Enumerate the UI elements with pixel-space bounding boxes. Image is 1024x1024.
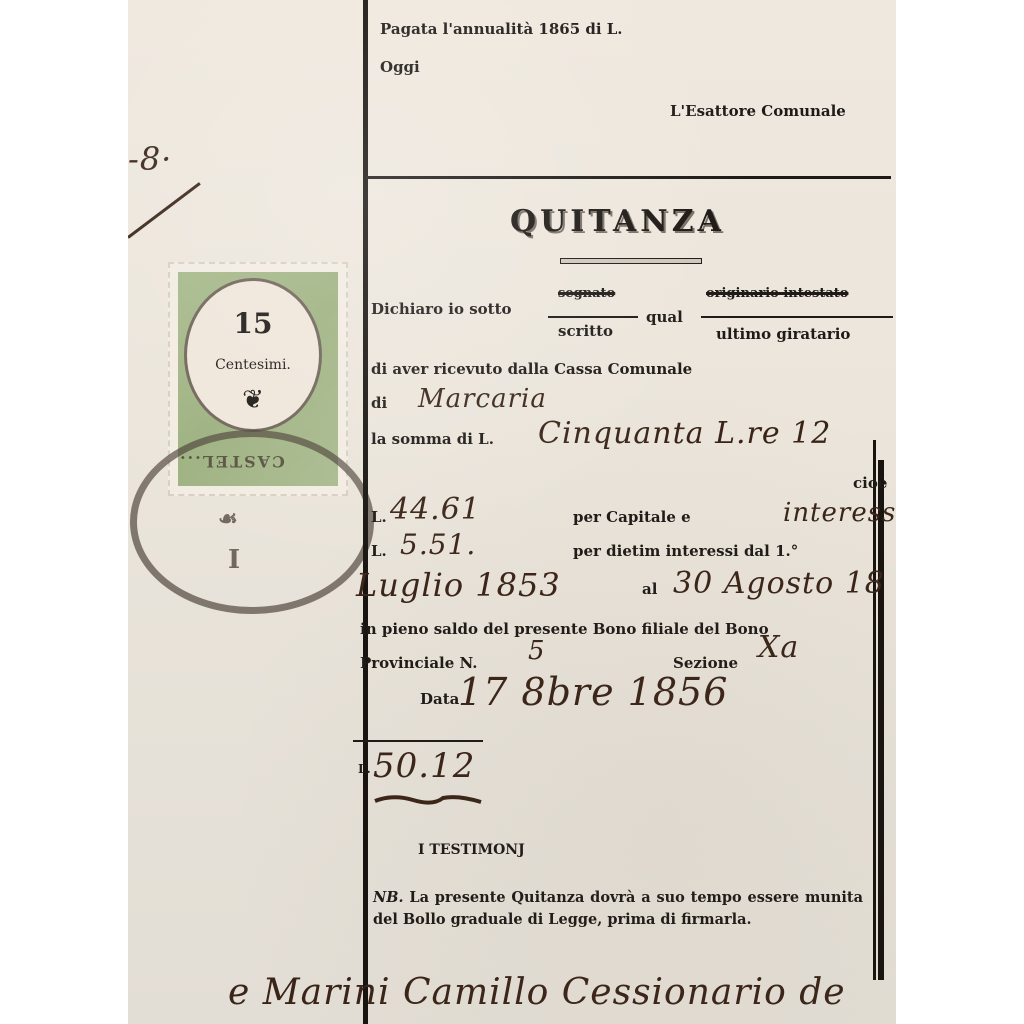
di-label: di [371, 394, 387, 412]
period-to-handwritten: 30 Agosto 18 [673, 566, 885, 601]
eagle-icon: ❦ [187, 385, 319, 415]
capital-currency: L. [371, 508, 387, 526]
note-prefix: NB. [373, 889, 404, 906]
total-currency: L. [358, 762, 371, 776]
margin-handwritten-mark: -8· [128, 140, 172, 178]
stamp-oval-frame: 15 Centesimi. ❦ [184, 278, 322, 432]
paid-annuity-line: Pagata l'annualità 1865 di L. [380, 20, 623, 38]
stamp-value: 15 [187, 307, 319, 340]
witnesses-label: I TESTIMONJ [418, 842, 525, 858]
right-border-thick [878, 460, 884, 980]
cioe-label: cioè [853, 474, 887, 492]
municipality-handwritten: Marcaria [418, 384, 547, 414]
cancellation-stamp-text: CASTEL... [178, 452, 285, 471]
received-line: di aver ricevuto dalla Cassa Comunale [371, 360, 692, 378]
total-flourish [373, 792, 483, 806]
total-rule [353, 740, 483, 742]
words-ultimo-giratario: ultimo giratario [716, 325, 850, 343]
capital-description-handwritten: interessi [783, 498, 896, 528]
document-title: QUITANZA [510, 204, 725, 239]
total-amount-handwritten: 50.12 [373, 746, 475, 786]
word-qual: qual [646, 308, 683, 326]
header-rule [366, 176, 891, 179]
date-handwritten: 17 8bre 1856 [458, 670, 728, 714]
title-underline [560, 258, 702, 264]
stamp-unit: Centesimi. [187, 357, 319, 373]
cancellation-mark-icon: Ⅰ [228, 545, 240, 575]
note-paragraph: NB. La presente Quitanza dovrà a suo tem… [373, 887, 863, 931]
word-scritto: scritto [558, 322, 613, 340]
period-from-handwritten: Luglio 1853 [356, 566, 561, 604]
struck-word-segnato: segnato [558, 286, 615, 301]
fraction-rule-1 [548, 316, 638, 318]
interest-description: per dietim interessi dal 1.° [573, 542, 798, 560]
interest-currency: L. [371, 542, 387, 560]
capital-description: per Capitale e [573, 508, 691, 526]
collector-label: L'Esattore Comunale [670, 102, 846, 120]
cancellation-emblem-icon: ☙ [218, 506, 238, 532]
column-divider [363, 0, 368, 1024]
declaration-lead: Dichiaro io sotto [371, 300, 512, 318]
interest-amount-handwritten: 5.51. [400, 528, 476, 561]
fraction-rule-2 [701, 316, 893, 318]
sum-label: la somma di L. [371, 430, 494, 448]
margin-pen-stroke [128, 182, 201, 239]
provincial-number-handwritten: 5 [528, 636, 546, 666]
date-label: Data [420, 690, 459, 708]
bottom-signature-handwritten: e Marini Camillo Cessionario de [228, 972, 846, 1013]
sum-handwritten: Cinquanta L.re 12 [538, 416, 831, 451]
today-label: Oggi [380, 58, 420, 76]
struck-words-originario: originario intestato [706, 286, 848, 301]
capital-amount-handwritten: 44.61 [390, 492, 481, 527]
al-label: al [642, 580, 657, 598]
note-text: La presente Quitanza dovrà a suo tempo e… [373, 889, 863, 928]
receipt-document: -8· 15 Centesimi. ❦ CASTEL... ☙ Ⅰ Pagata… [128, 0, 896, 1024]
settlement-line: in pieno saldo del presente Bono filiale… [360, 620, 769, 638]
section-handwritten: Xa [758, 630, 799, 665]
